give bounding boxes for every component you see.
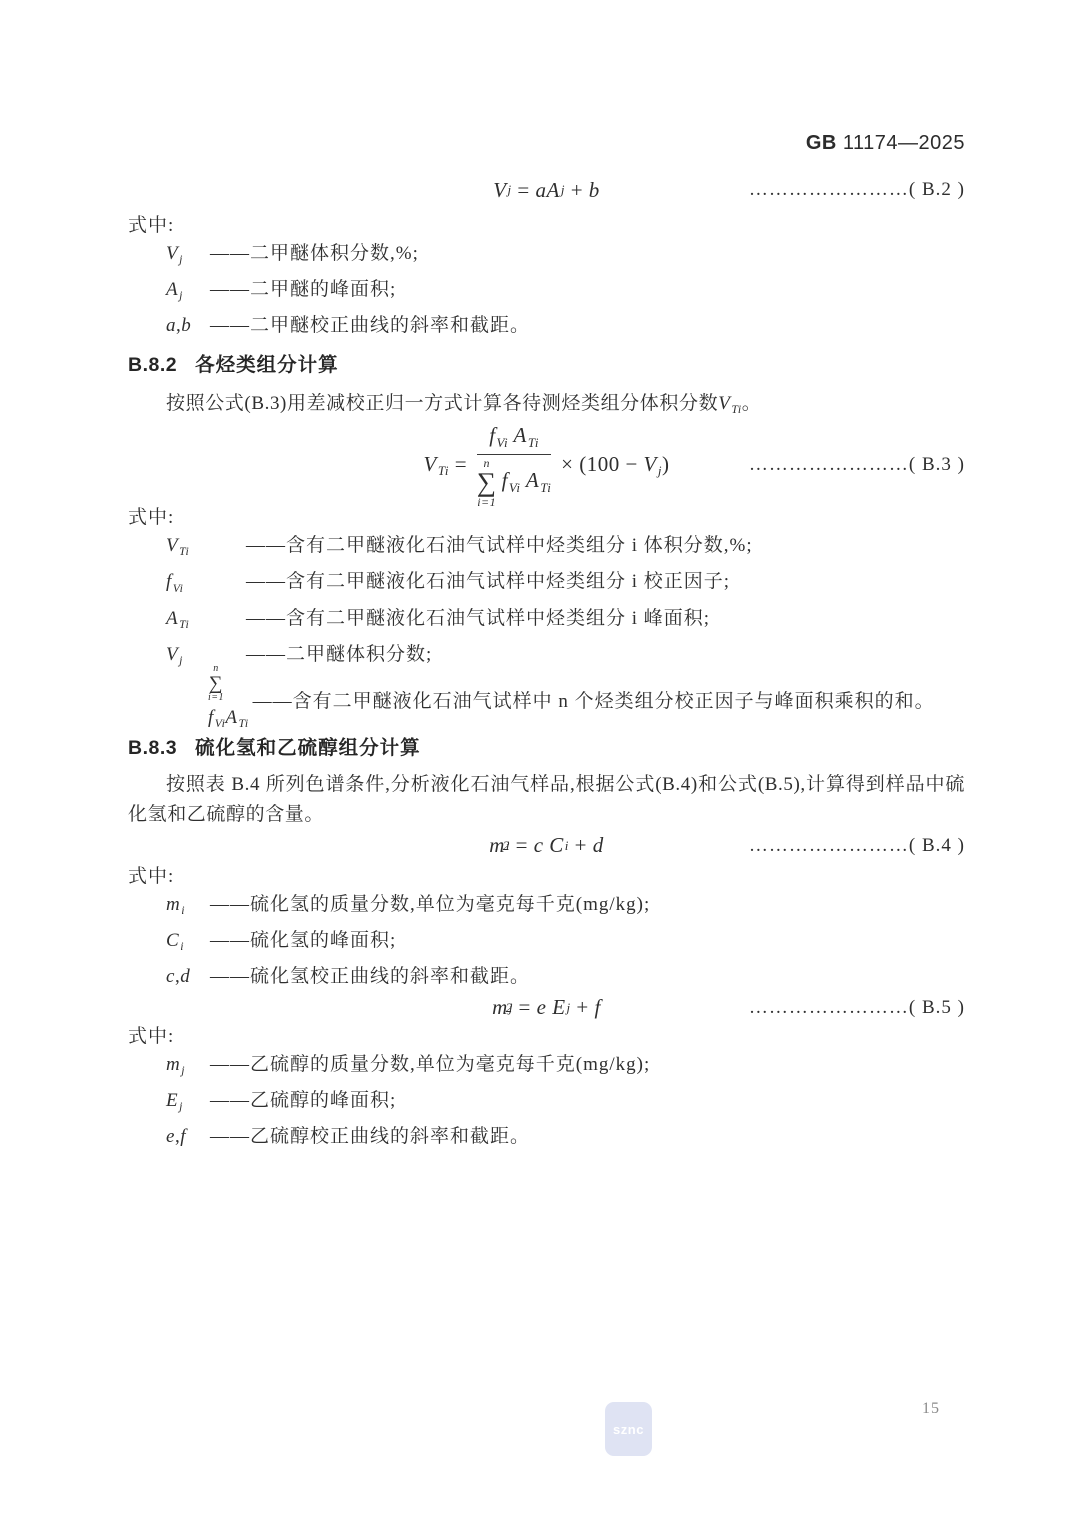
standard-year: 11174—2025 bbox=[843, 132, 965, 154]
where-label-b3: 式中: bbox=[128, 505, 965, 531]
definition-symbol: Ej bbox=[166, 1086, 210, 1122]
section-number: B.8.2 bbox=[128, 354, 177, 376]
definition-row: e,f ——乙硫醇校正曲线的斜率和截距。 bbox=[166, 1122, 965, 1152]
formula-b4-leader: ……………………( B.4 ) bbox=[749, 835, 965, 857]
definition-row: VTi ——含有二甲醚液化石油气试样中烃类组分 i 体积分数,%; bbox=[166, 531, 965, 567]
formula-b3: VTi = fVi ATi n ∑ i=1 fVi ATi × (100 − V… bbox=[424, 423, 670, 508]
standard-number: GB11174—2025 bbox=[128, 131, 965, 155]
definition-row: mj ——乙硫醇的质量分数,单位为毫克每千克(mg/kg); bbox=[166, 1050, 965, 1086]
definition-list-b3: VTi ——含有二甲醚液化石油气试样中烃类组分 i 体积分数,%; fVi ——… bbox=[166, 531, 965, 723]
definition-symbol: a,b bbox=[166, 311, 210, 341]
definition-row: c,d ——硫化氢校正曲线的斜率和截距。 bbox=[166, 962, 965, 992]
formula-b2-number: ( B.2 ) bbox=[909, 179, 965, 200]
section-title: 各烃类组分计算 bbox=[195, 354, 339, 376]
definition-row: Ej ——乙硫醇的峰面积; bbox=[166, 1086, 965, 1122]
definition-row-sigma: n ∑ i=1 fViATi ——含有二甲醚液化石油气试样中 n 个烃类组分校正… bbox=[166, 680, 965, 724]
definition-row: Vj ——二甲醚体积分数; bbox=[166, 640, 965, 676]
leader-dots: …………………… bbox=[749, 179, 909, 200]
section-heading-b83: B.8.3硫化氢和乙硫醇组分计算 bbox=[128, 734, 965, 762]
where-label-b4: 式中: bbox=[128, 864, 965, 890]
formula-b3-rhs: × (100 − Vj) bbox=[555, 452, 669, 480]
sum-lower-limit: i=1 bbox=[477, 496, 496, 508]
definition-symbol: Aj bbox=[166, 275, 210, 311]
definition-text: ——二甲醚校正曲线的斜率和截距。 bbox=[210, 311, 530, 341]
definition-symbol: mi bbox=[166, 890, 210, 926]
leader-dots: …………………… bbox=[749, 835, 909, 856]
definition-row: Vj ——二甲醚体积分数,%; bbox=[166, 239, 965, 275]
fraction-bar bbox=[477, 454, 552, 455]
definition-text: ——含有二甲醚液化石油气试样中 n 个烃类组分校正因子与峰面积乘积的和。 bbox=[253, 687, 935, 717]
sigma-icon: ∑ bbox=[209, 674, 223, 693]
definition-row: a,b ——二甲醚校正曲线的斜率和截距。 bbox=[166, 311, 965, 341]
definition-list-b5: mj ——乙硫醇的质量分数,单位为毫克每千克(mg/kg); Ej ——乙硫醇的… bbox=[166, 1050, 965, 1152]
document-page: GB11174—2025 Vj = aAj + b ……………………( B.2 … bbox=[0, 0, 1080, 1527]
formula-b4-number: ( B.4 ) bbox=[909, 835, 965, 856]
denominator-terms: fVi ATi bbox=[502, 468, 552, 496]
definition-list-b4: mi ——硫化氢的质量分数,单位为毫克每千克(mg/kg); Ci ——硫化氢的… bbox=[166, 890, 965, 992]
definition-row: mi ——硫化氢的质量分数,单位为毫克每千克(mg/kg); bbox=[166, 890, 965, 926]
fraction-numerator: fVi ATi bbox=[489, 423, 539, 451]
definition-row: ATi ——含有二甲醚液化石油气试样中烃类组分 i 峰面积; bbox=[166, 604, 965, 640]
definition-row: Ci ——硫化氢的峰面积; bbox=[166, 926, 965, 962]
section-heading-b82: B.8.2各烃类组分计算 bbox=[128, 351, 965, 379]
definition-row: Aj ——二甲醚的峰面积; bbox=[166, 275, 965, 311]
section-number: B.8.3 bbox=[128, 737, 177, 759]
definition-text: ——二甲醚的峰面积; bbox=[210, 275, 396, 311]
formula-b2: Vj = aAj + b bbox=[493, 178, 600, 203]
definition-symbol: VTi bbox=[166, 531, 246, 567]
standard-code: GB bbox=[806, 132, 837, 154]
definition-text: ——硫化氢校正曲线的斜率和截距。 bbox=[210, 962, 530, 992]
formula-b3-leader: ……………………( B.3 ) bbox=[749, 454, 965, 476]
definition-row: fVi ——含有二甲醚液化石油气试样中烃类组分 i 校正因子; bbox=[166, 567, 965, 603]
formula-b4: mi2 = c Ci + d bbox=[489, 833, 604, 858]
where-label-b5: 式中: bbox=[128, 1024, 965, 1050]
definition-text: ——硫化氢的质量分数,单位为毫克每千克(mg/kg); bbox=[210, 890, 650, 926]
definition-symbol: fVi bbox=[166, 567, 246, 603]
definition-symbol: e,f bbox=[166, 1122, 210, 1152]
formula-b5-row: mj2 = e Ej + f ……………………( B.5 ) bbox=[128, 994, 965, 1022]
inline-formula-vti: VTi bbox=[718, 393, 742, 414]
definition-text: ——含有二甲醚液化石油气试样中烃类组分 i 峰面积; bbox=[246, 604, 710, 640]
fraction: fVi ATi n ∑ i=1 fVi ATi bbox=[477, 423, 552, 508]
definition-symbol: mj bbox=[166, 1050, 210, 1086]
definition-list-b2: Vj ——二甲醚体积分数,%; Aj ——二甲醚的峰面积; a,b ——二甲醚校… bbox=[166, 239, 965, 341]
definition-text: ——二甲醚体积分数; bbox=[246, 640, 432, 676]
definition-text: ——含有二甲醚液化石油气试样中烃类组分 i 体积分数,%; bbox=[246, 531, 753, 567]
sigma-icon: ∑ bbox=[477, 469, 497, 496]
formula-b5-leader: ……………………( B.5 ) bbox=[749, 997, 965, 1019]
summation-symbol-small: n ∑ i=1 bbox=[208, 664, 224, 703]
watermark-text: sznc bbox=[613, 1422, 644, 1437]
page-number: 15 bbox=[922, 1400, 940, 1418]
definition-symbol: c,d bbox=[166, 962, 210, 992]
definition-text: ——乙硫醇校正曲线的斜率和截距。 bbox=[210, 1122, 530, 1152]
formula-b3-lhs: VTi = bbox=[424, 452, 473, 480]
paragraph-b82: 按照公式(B.3)用差减校正归一方式计算各待测烃类组分体积分数VTi。 bbox=[128, 389, 965, 425]
definition-text: ——乙硫醇的峰面积; bbox=[210, 1086, 396, 1122]
summation-symbol: n ∑ i=1 bbox=[477, 457, 497, 508]
definition-text: ——含有二甲醚液化石油气试样中烃类组分 i 校正因子; bbox=[246, 567, 730, 603]
section-title: 硫化氢和乙硫醇组分计算 bbox=[195, 737, 421, 759]
paragraph-text: 按照公式(B.3)用差减校正归一方式计算各待测烃类组分体积分数 bbox=[166, 393, 718, 414]
leader-dots: …………………… bbox=[749, 454, 909, 475]
definition-symbol: Vj bbox=[166, 239, 210, 275]
formula-b3-number: ( B.3 ) bbox=[909, 454, 965, 475]
fraction-denominator: n ∑ i=1 fVi ATi bbox=[477, 457, 552, 508]
definition-text: ——乙硫醇的质量分数,单位为毫克每千克(mg/kg); bbox=[210, 1050, 650, 1086]
leader-dots: …………………… bbox=[749, 997, 909, 1018]
definition-text: ——二甲醚体积分数,%; bbox=[210, 239, 419, 275]
formula-b2-leader: ……………………( B.2 ) bbox=[749, 179, 965, 201]
formula-b5-number: ( B.5 ) bbox=[909, 997, 965, 1018]
watermark-logo: sznc bbox=[605, 1402, 652, 1456]
sum-lower-limit: i=1 bbox=[208, 693, 224, 703]
formula-b5: mj2 = e Ej + f bbox=[492, 995, 601, 1020]
sigma-terms: fViATi bbox=[208, 707, 249, 728]
definition-text: ——硫化氢的峰面积; bbox=[210, 926, 396, 962]
paragraph-b83: 按照表 B.4 所列色谱条件,分析液化石油气样品,根据公式(B.4)和公式(B.… bbox=[128, 770, 965, 830]
definition-symbol: Ci bbox=[166, 926, 210, 962]
where-label-b2: 式中: bbox=[128, 213, 965, 239]
formula-b2-row: Vj = aAj + b ……………………( B.2 ) bbox=[128, 173, 965, 207]
paragraph-text: 。 bbox=[742, 393, 762, 414]
formula-b4-row: mi2 = c Ci + d ……………………( B.4 ) bbox=[128, 832, 965, 860]
formula-b3-row: VTi = fVi ATi n ∑ i=1 fVi ATi × (100 − V… bbox=[128, 425, 965, 505]
